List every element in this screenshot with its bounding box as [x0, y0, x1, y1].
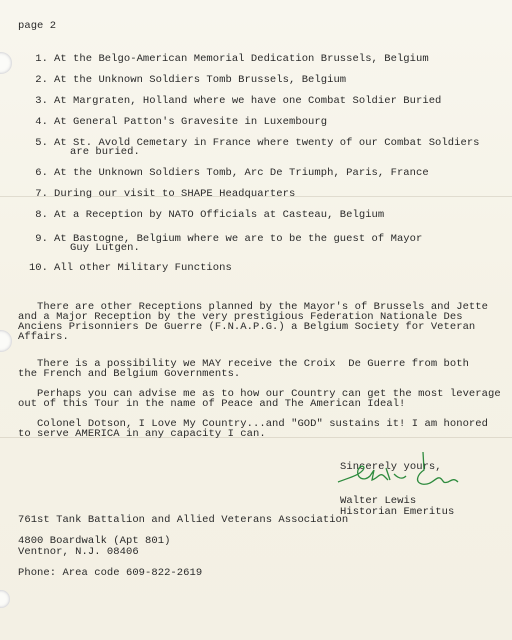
phone: Phone: Area code 609-822-2619 [18, 568, 202, 579]
list-text: At Margraten, Holland where we have one … [54, 95, 441, 107]
list-item: 5.At St. Avold Cemetary in France where … [28, 138, 480, 158]
paragraph-line: out of this Tour in the name of Peace an… [18, 399, 405, 410]
list-number: 1. [28, 54, 48, 65]
punch-hole [0, 590, 10, 608]
list-number: 8. [28, 210, 48, 221]
list-item: 6.At the Unknown Soldiers Tomb, Arc De T… [28, 168, 429, 179]
list-item: 2.At the Unknown Soldiers Tomb Brussels,… [28, 75, 346, 86]
paragraph-line: the French and Belgium Governments. [18, 369, 240, 380]
list-number: 10. [28, 263, 48, 274]
list-item: 9.At Bastogne, Belgium where we are to b… [28, 234, 422, 254]
paragraph-line: Affairs. [18, 332, 69, 343]
punch-hole [0, 330, 12, 352]
paragraph-line: to serve AMERICA in any capacity I can. [18, 429, 266, 440]
list-item: 4.At General Patton's Gravesite in Luxem… [28, 117, 327, 128]
list-item: 7.During our visit to SHAPE Headquarters [28, 189, 295, 200]
address-line-2: Ventnor, N.J. 08406 [18, 547, 139, 558]
list-text: During our visit to SHAPE Headquarters [54, 188, 295, 200]
list-number: 4. [28, 117, 48, 128]
signer-title: Historian Emeritus [340, 507, 454, 518]
list-number: 9. [28, 234, 48, 245]
list-item: 8.At a Reception by NATO Officials at Ca… [28, 210, 384, 221]
list-text: At the Unknown Soldiers Tomb, Arc De Tri… [54, 167, 429, 179]
page-label: page 2 [18, 21, 56, 32]
list-text: At the Belgo-American Memorial Dedicatio… [54, 53, 429, 65]
list-text: All other Military Functions [54, 262, 232, 274]
list-number: 6. [28, 168, 48, 179]
paragraph-line: Anciens Prisonniers De Guerre (F.N.A.P.G… [18, 322, 475, 333]
list-number: 2. [28, 75, 48, 86]
list-text: At General Patton's Gravesite in Luxembo… [54, 116, 327, 128]
list-number: 7. [28, 189, 48, 200]
letter-page: page 2 1.At the Belgo-American Memorial … [0, 0, 512, 640]
list-number: 3. [28, 96, 48, 107]
list-text: At the Unknown Soldiers Tomb Brussels, B… [54, 74, 346, 86]
punch-hole [0, 52, 12, 74]
signature [328, 448, 468, 490]
list-number: 5. [28, 138, 48, 149]
list-text: At a Reception by NATO Officials at Cast… [54, 209, 384, 221]
list-item: 3.At Margraten, Holland where we have on… [28, 96, 441, 107]
list-item: 1.At the Belgo-American Memorial Dedicat… [28, 54, 429, 65]
organization: 761st Tank Battalion and Allied Veterans… [18, 515, 348, 526]
list-item: 10.All other Military Functions [28, 263, 232, 274]
